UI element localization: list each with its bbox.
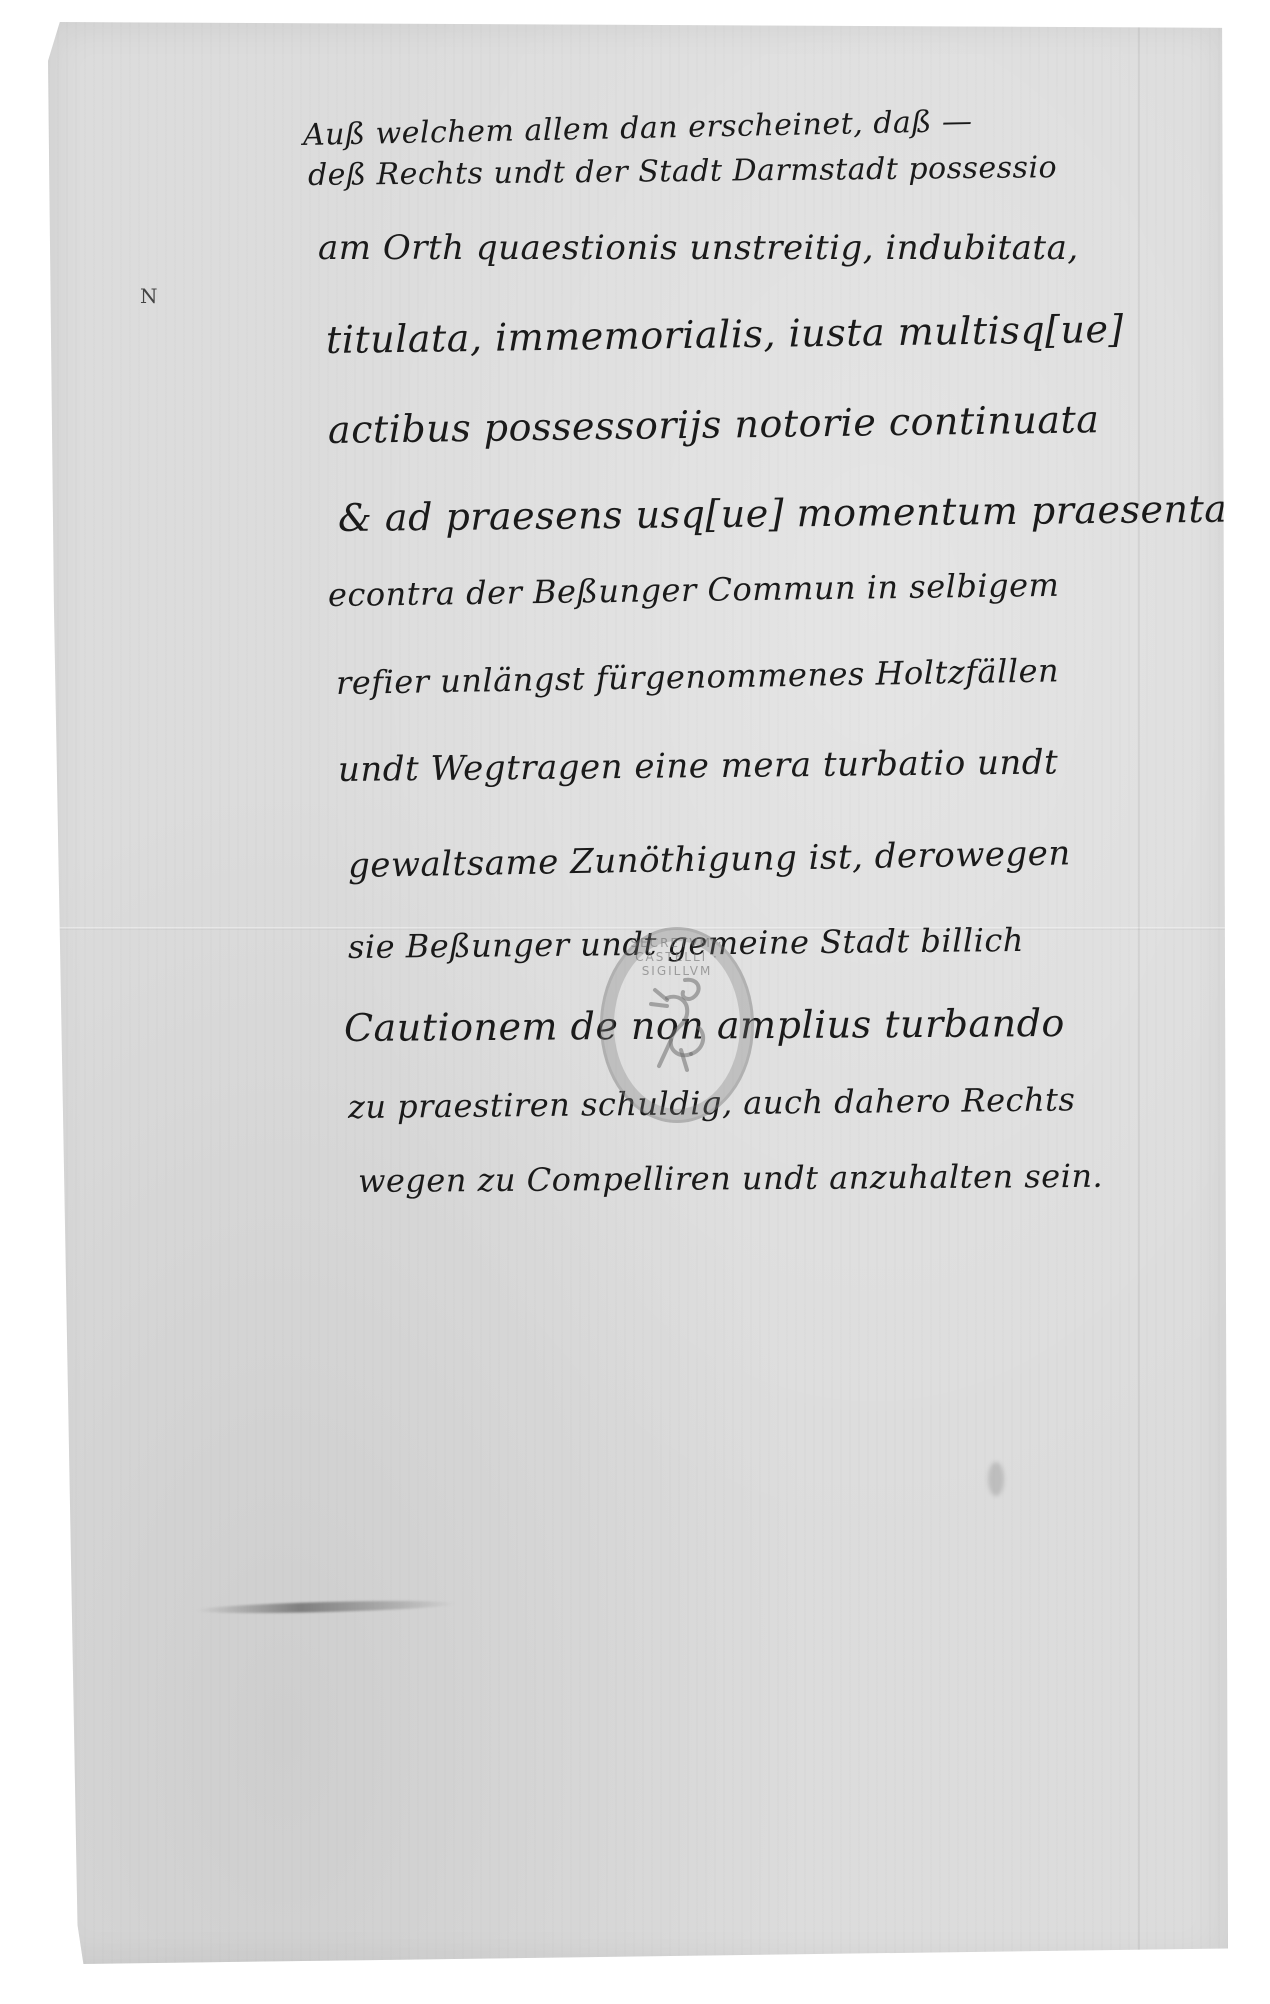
official-seal-stamp: SECRETVM · CASTELLI · SIGILLVM <box>600 927 754 1123</box>
manuscript-page: N Auß welchem allem dan erscheinet, daß … <box>48 22 1228 1964</box>
text-line: & ad praesens usq[ue] momentum praesenta… <box>338 486 1270 540</box>
text-line: Auß welchem allem dan erscheinet, daß — <box>303 104 973 153</box>
circled-mark-icon <box>1240 194 1258 212</box>
paper-stain <box>988 1462 1004 1496</box>
text-line: am Orth quaestionis unstreitig, indubita… <box>318 228 1079 268</box>
margin-mark: N <box>140 284 158 308</box>
ink-smudge <box>196 1599 456 1616</box>
text-line: titulata, immemorialis, iusta multisq[ue… <box>326 307 1124 362</box>
text-line: undt Wegtragen eine mera turbatio undt <box>338 742 1059 790</box>
vertical-fold-line <box>1138 22 1140 1964</box>
text-line: wegen zu Compelliren undt anzuhalten sei… <box>358 1157 1103 1200</box>
text-line: refier unlängst fürgenommenes Holtzfälle… <box>336 651 1060 702</box>
text-line: deß Rechts undt der Stadt Darmstadt poss… <box>308 150 1057 193</box>
text-line: actibus possessorijs notorie continuata <box>328 397 1100 452</box>
lion-emblem-icon <box>637 970 717 1080</box>
text-line: econtra der Beßunger Commun in selbigem <box>328 566 1060 614</box>
text-line: gewaltsame Zunöthigung ist, derowegen <box>348 833 1071 886</box>
